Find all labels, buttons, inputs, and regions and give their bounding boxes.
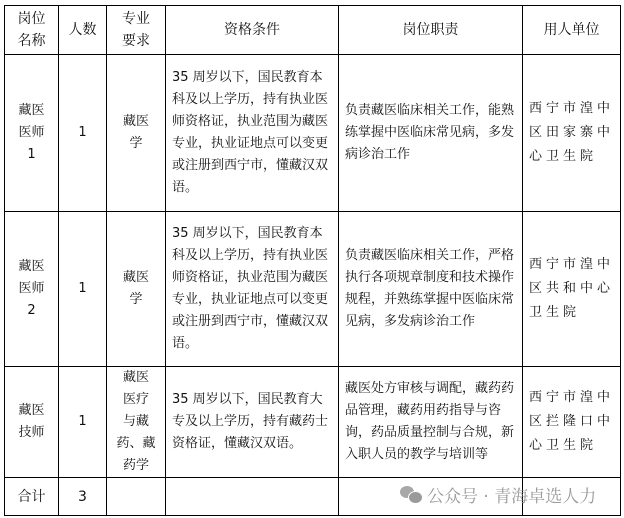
position-cell: 藏医 技师 [5,367,59,478]
header-major: 专业 要求 [107,6,166,55]
duties-cell: 负责藏医临床相关工作，严格执行各项规章制度和技术操作规程，并熟练掌握中医临床常见… [339,212,523,367]
count-cell: 1 [59,212,107,367]
position-cell: 藏医 医师 2 [5,212,59,367]
qualifications-cell: 35 周岁以下，国民教育本科及以上学历，持有执业医师资格证，执业范围为藏医专业，… [166,212,339,367]
qualifications-cell: 35 周岁以下，国民教育本科及以上学历，持有执业医师资格证，执业范围为藏医专业，… [166,55,339,212]
watermark-text: 公众号 · 青海卓选人力 [427,482,596,507]
table-row: 藏医 医师 2 1 藏医 学 35 周岁以下，国民教育本科及以上学历，持有执业医… [5,212,621,367]
recruitment-table: 岗位 名称 人数 专业 要求 资格条件 岗位职责 用人单位 藏医 医师 1 1 … [4,5,621,516]
count-cell: 1 [59,367,107,478]
employer-cell: 西宁市湟中区共和中心卫生院 [523,212,621,367]
qualifications-cell: 35 周岁以下，国民教育大专及以上学历，持有藏药士资格证，懂藏汉双语。 [166,367,339,478]
table-row: 藏医 技师 1 藏医 医疗 与藏 药、藏 药学 35 周岁以下，国民教育大专及以… [5,367,621,478]
empty-cell [166,478,339,516]
header-row: 岗位 名称 人数 专业 要求 资格条件 岗位职责 用人单位 [5,6,621,55]
major-cell: 藏医 学 [107,55,166,212]
empty-cell [107,478,166,516]
header-duties: 岗位职责 [339,6,523,55]
header-employer: 用人单位 [523,6,621,55]
total-count: 3 [59,478,107,516]
table-row: 藏医 医师 1 1 藏医 学 35 周岁以下，国民教育本科及以上学历，持有执业医… [5,55,621,212]
wechat-icon [400,486,422,504]
employer-cell: 西宁市湟中区田家寨中心卫生院 [523,55,621,212]
duties-cell: 藏医处方审核与调配，藏药药品管理，藏药用药指导与咨询，药品质量控制与合规，新入职… [339,367,523,478]
header-position: 岗位 名称 [5,6,59,55]
watermark: 公众号 · 青海卓选人力 [400,482,596,507]
total-label: 合计 [5,478,59,516]
position-cell: 藏医 医师 1 [5,55,59,212]
header-qualifications: 资格条件 [166,6,339,55]
header-count: 人数 [59,6,107,55]
duties-cell: 负责藏医临床相关工作，能熟练掌握中医临床常见病，多发病诊治工作 [339,55,523,212]
employer-cell: 西宁市湟中区拦隆口中心卫生院 [523,367,621,478]
major-cell: 藏医 医疗 与藏 药、藏 药学 [107,367,166,478]
major-cell: 藏医 学 [107,212,166,367]
count-cell: 1 [59,55,107,212]
